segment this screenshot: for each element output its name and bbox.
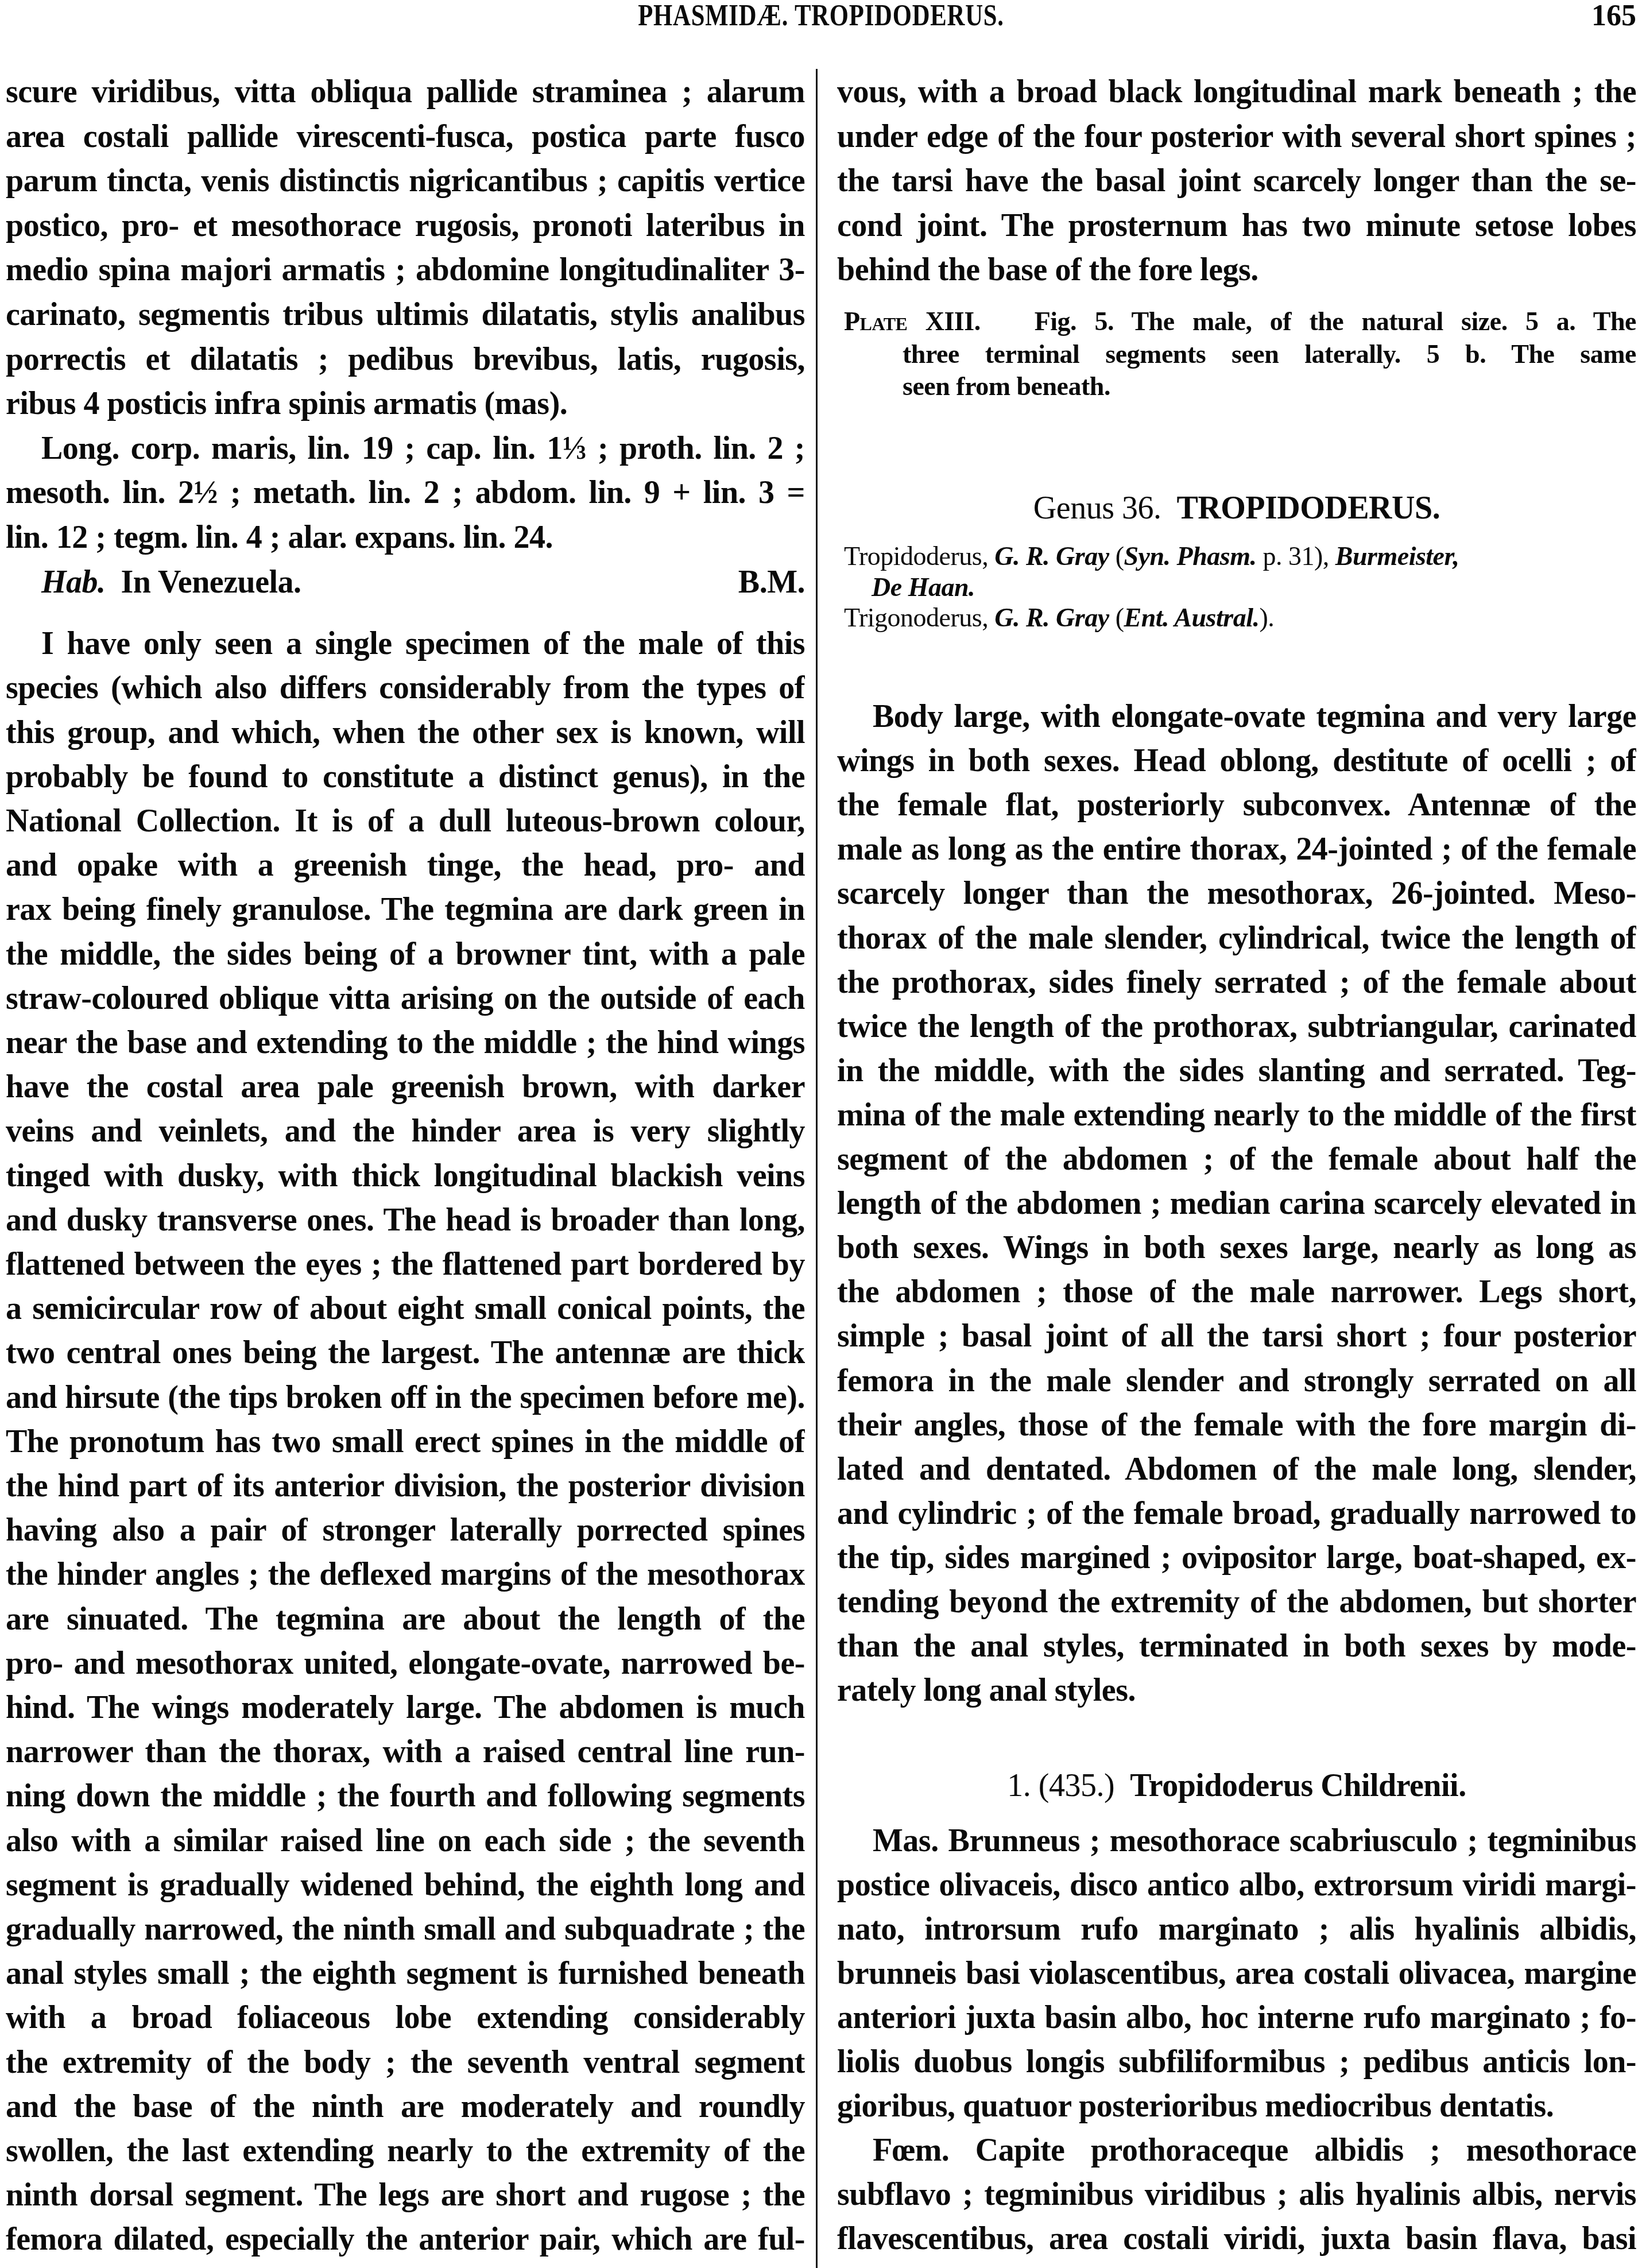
genus-description-line: simple ; basal joint of all the tarsi sh… xyxy=(837,1316,1636,1356)
male-description-line: postice olivaceis, disco antico albo, ex… xyxy=(837,1865,1636,1905)
description-line: hind. The wings moderately large. The ab… xyxy=(6,1688,805,1728)
genus-description-line: wings in both sexes. Head oblong, destit… xyxy=(837,741,1636,781)
description-line: the middle, the sides being of a browner… xyxy=(6,934,805,974)
measurement-line: Long. corp. maris, lin. 19 ; cap. lin. 1… xyxy=(6,428,805,469)
genus-description-line: mina of the male extending nearly to the… xyxy=(837,1095,1636,1135)
habitat-text: In Venezuela. xyxy=(121,564,301,600)
right-column: vous, with a broad black longitudinal ma… xyxy=(837,0,1636,2268)
genus-description-line: thorax of the male slender, cylindrical,… xyxy=(837,918,1636,958)
genus-description-line: than the anal styles, terminated in both… xyxy=(837,1626,1636,1666)
description-line: the hinder angles ; the deflexed margins… xyxy=(6,1554,805,1594)
female-description-line: Fœm. Capite prothoraceque albidis ; meso… xyxy=(837,2130,1636,2170)
synonym-author: Burmeister, xyxy=(1335,541,1459,571)
genus-description-line: the tip, sides margined ; ovipositor lar… xyxy=(837,1538,1636,1578)
description-line: ninth dorsal segment. The legs are short… xyxy=(6,2175,805,2215)
male-description-line: anteriori juxta basin albo, hoc interne … xyxy=(837,1998,1636,2038)
description-line: and hirsute (the tips broken off in the … xyxy=(6,1377,805,1418)
description-line: tinged with dusky, with thick longitudin… xyxy=(6,1156,805,1196)
synonymy-line: Trigonoderus, G. R. Gray (Ent. Austral.)… xyxy=(837,602,1642,634)
male-description-line: brunneis basi violascentibus, area costa… xyxy=(837,1953,1636,1994)
genus-heading: Genus 36. TROPIDODERUS. xyxy=(837,488,1636,528)
genus-description-line: and cylindric ; of the female broad, gra… xyxy=(837,1493,1636,1534)
collection-code: B.M. xyxy=(738,562,805,602)
genus-description-line: tending beyond the extremity of the abdo… xyxy=(837,1582,1636,1622)
latin-description-line: ribus 4 posticis infra spinis armatis (m… xyxy=(6,384,805,424)
book-page: PHASMIDÆ. TROPIDODERUS. 165 scure viridi… xyxy=(0,0,1642,2268)
latin-description-line: carinato, segmentis tribus ultimis dilat… xyxy=(6,295,805,335)
description-line: pro- and mesothorax united, elongate-ova… xyxy=(6,1643,805,1683)
description-line: ning down the middle ; the fourth and fo… xyxy=(6,1776,805,1816)
plate-caption-line: three terminal segments seen laterally. … xyxy=(837,338,1636,370)
description-line: probably be found to constitute a distin… xyxy=(6,757,805,797)
description-line: and opake with a greenish tinge, the hea… xyxy=(6,845,805,885)
genus-description-line: scarcely longer than the mesothorax, 26-… xyxy=(837,873,1636,914)
description-line: straw-coloured oblique vitta arising on … xyxy=(6,978,805,1019)
synonym-ref: ( xyxy=(1116,541,1124,571)
description-line: anal styles small ; the eighth segment i… xyxy=(6,1953,805,1994)
latin-description-line: parum tincta, venis distinctis nigricant… xyxy=(6,161,805,201)
description-line: with a broad foliaceous lobe extending c… xyxy=(6,1998,805,2038)
description-line: National Collection. It is of a dull lut… xyxy=(6,801,805,841)
continuation-line: cond joint. The prosternum has two minut… xyxy=(837,206,1636,246)
genus-description-line: rately long anal styles. xyxy=(837,1670,1636,1710)
female-description-line: subflavo ; tegminibus viridibus ; alis h… xyxy=(837,2174,1636,2215)
description-line: veins and veinlets, and the hinder area … xyxy=(6,1111,805,1151)
column-divider xyxy=(816,69,818,2268)
male-description-line: liolis duobus longis subfiliformibus ; p… xyxy=(837,2042,1636,2082)
species-name: Tropidoderus Childrenii. xyxy=(1130,1768,1466,1803)
continuation-line: under edge of the four posterior with se… xyxy=(837,117,1636,157)
left-column: scure viridibus, vitta obliqua pallide s… xyxy=(6,0,805,2268)
plate-caption-line: Plate XIII. Fig. 5. The male, of the nat… xyxy=(837,305,1636,338)
description-line: gradually narrowed, the ninth small and … xyxy=(6,1909,805,1949)
genus-description-line: in the middle, with the sides slanting a… xyxy=(837,1051,1636,1091)
synonym-ref-page: p. 31), xyxy=(1256,541,1329,571)
synonym-ref-title: Syn. Phasm. xyxy=(1124,541,1257,571)
description-line: the extremity of the body ; the seventh … xyxy=(6,2042,805,2083)
genus-number: Genus 36. xyxy=(1033,490,1161,526)
description-line: two central ones being the largest. The … xyxy=(6,1333,805,1373)
species-heading: 1. (435.) Tropidoderus Childrenii. xyxy=(837,1766,1636,1806)
measurement-line: mesoth. lin. 2½ ; metath. lin. 2 ; abdom… xyxy=(6,473,805,513)
description-line: and dusky transverse ones. The head is b… xyxy=(6,1200,805,1240)
genus-description-line: male as long as the entire thorax, 24-jo… xyxy=(837,829,1636,869)
description-line: are sinuated. The tegmina are about the … xyxy=(6,1599,805,1639)
description-line: The pronotum has two small erect spines … xyxy=(6,1422,805,1462)
male-description-line: Mas. Brunneus ; mesothorace scabriusculo… xyxy=(837,1821,1636,1861)
genus-description-line: the prothorax, sides finely serrated ; o… xyxy=(837,962,1636,1003)
description-line: species (which also differs considerably… xyxy=(6,668,805,708)
synonym-author: G. R. Gray xyxy=(994,541,1109,571)
genus-name: TROPIDODERUS. xyxy=(1176,490,1440,526)
description-line: swollen, the last extending nearly to th… xyxy=(6,2131,805,2171)
description-line: also with a similar raised line on each … xyxy=(6,1821,805,1861)
description-line: flattened between the eyes ; the flatten… xyxy=(6,1244,805,1284)
synonym-ref: ). xyxy=(1259,603,1274,632)
synonym-author: De Haan. xyxy=(872,572,975,602)
synonym-ref: ( xyxy=(1116,603,1124,632)
male-description-line: nato, introrsum rufo marginato ; alis hy… xyxy=(837,1909,1636,1949)
latin-description-line: postico, pro- et mesothorace rugosis, pr… xyxy=(6,206,805,246)
continuation-line: the tarsi have the basal joint scarcely … xyxy=(837,161,1636,201)
genus-description-line: the abdomen ; those of the male narrower… xyxy=(837,1272,1636,1312)
latin-description-line: scure viridibus, vitta obliqua pallide s… xyxy=(6,72,805,112)
genus-description-line: their angles, those of the female with t… xyxy=(837,1405,1636,1445)
measurement-line: lin. 12 ; tegm. lin. 4 ; alar. expans. l… xyxy=(6,517,805,558)
description-line: near the base and extending to the middl… xyxy=(6,1023,805,1063)
description-line: I have only seen a single specimen of th… xyxy=(6,624,805,664)
description-line: this group, and which, when the other se… xyxy=(6,713,805,753)
genus-description-line: twice the length of the prothorax, subtr… xyxy=(837,1007,1636,1047)
description-line: the hind part of its anterior division, … xyxy=(6,1466,805,1506)
description-line: having also a pair of stronger laterally… xyxy=(6,1510,805,1550)
habitat-line: Hab. In Venezuela.B.M. xyxy=(6,562,805,602)
species-number: 1. (435.) xyxy=(1007,1768,1114,1803)
continuation-line: behind the base of the fore legs. xyxy=(837,250,1636,290)
genus-description-line: lated and dentated. Abdomen of the male … xyxy=(837,1449,1636,1489)
plate-caption-line: seen from beneath. xyxy=(837,370,1636,402)
genus-description-line: segment of the abdomen ; of the female a… xyxy=(837,1139,1636,1179)
synonym-name: Trigonoderus, xyxy=(844,603,988,632)
description-line: a semicircular row of about eight small … xyxy=(6,1288,805,1329)
latin-description-line: porrectis et dilatatis ; pedibus brevibu… xyxy=(6,339,805,380)
synonymy-line: De Haan. xyxy=(837,571,1636,603)
habitat-label: Hab. xyxy=(41,564,106,600)
synonymy-line: Tropidoderus, G. R. Gray (Syn. Phasm. p.… xyxy=(837,540,1642,572)
genus-description-line: the female flat, posteriorly subconvex. … xyxy=(837,785,1636,825)
description-line: segment is gradually widened behind, the… xyxy=(6,1865,805,1905)
synonym-author: G. R. Gray xyxy=(994,603,1109,632)
genus-description-line: Body large, with elongate-ovate tegmina … xyxy=(837,696,1636,737)
description-line: and the base of the ninth are moderately… xyxy=(6,2087,805,2127)
synonym-name: Tropidoderus, xyxy=(844,541,988,571)
plate-label: Plate XIII. xyxy=(844,307,981,336)
male-description-line: gioribus, quatuor posterioribus mediocri… xyxy=(837,2086,1636,2126)
latin-description-line: area costali pallide virescenti-fusca, p… xyxy=(6,117,805,157)
description-line: narrower than the thorax, with a raised … xyxy=(6,1732,805,1772)
synonym-ref-title: Ent. Austral. xyxy=(1124,603,1260,632)
continuation-line: vous, with a broad black longitudinal ma… xyxy=(837,72,1636,112)
genus-description-line: femora in the male slender and strongly … xyxy=(837,1361,1636,1401)
description-line: have the costal area pale greenish brown… xyxy=(6,1067,805,1107)
description-line: rax being finely granulose. The tegmina … xyxy=(6,889,805,930)
genus-description-line: both sexes. Wings in both sexes large, n… xyxy=(837,1228,1636,1268)
description-line: femora dilated, especially the anterior … xyxy=(6,2219,805,2259)
latin-description-line: medio spina majori armatis ; abdomine lo… xyxy=(6,250,805,290)
plate-caption-text: Fig. 5. The male, of the natural size. 5… xyxy=(1035,307,1636,336)
female-description-line: flavescentibus, area costali viridi, jux… xyxy=(837,2219,1636,2259)
genus-description-line: length of the abdomen ; median carina sc… xyxy=(837,1183,1636,1224)
